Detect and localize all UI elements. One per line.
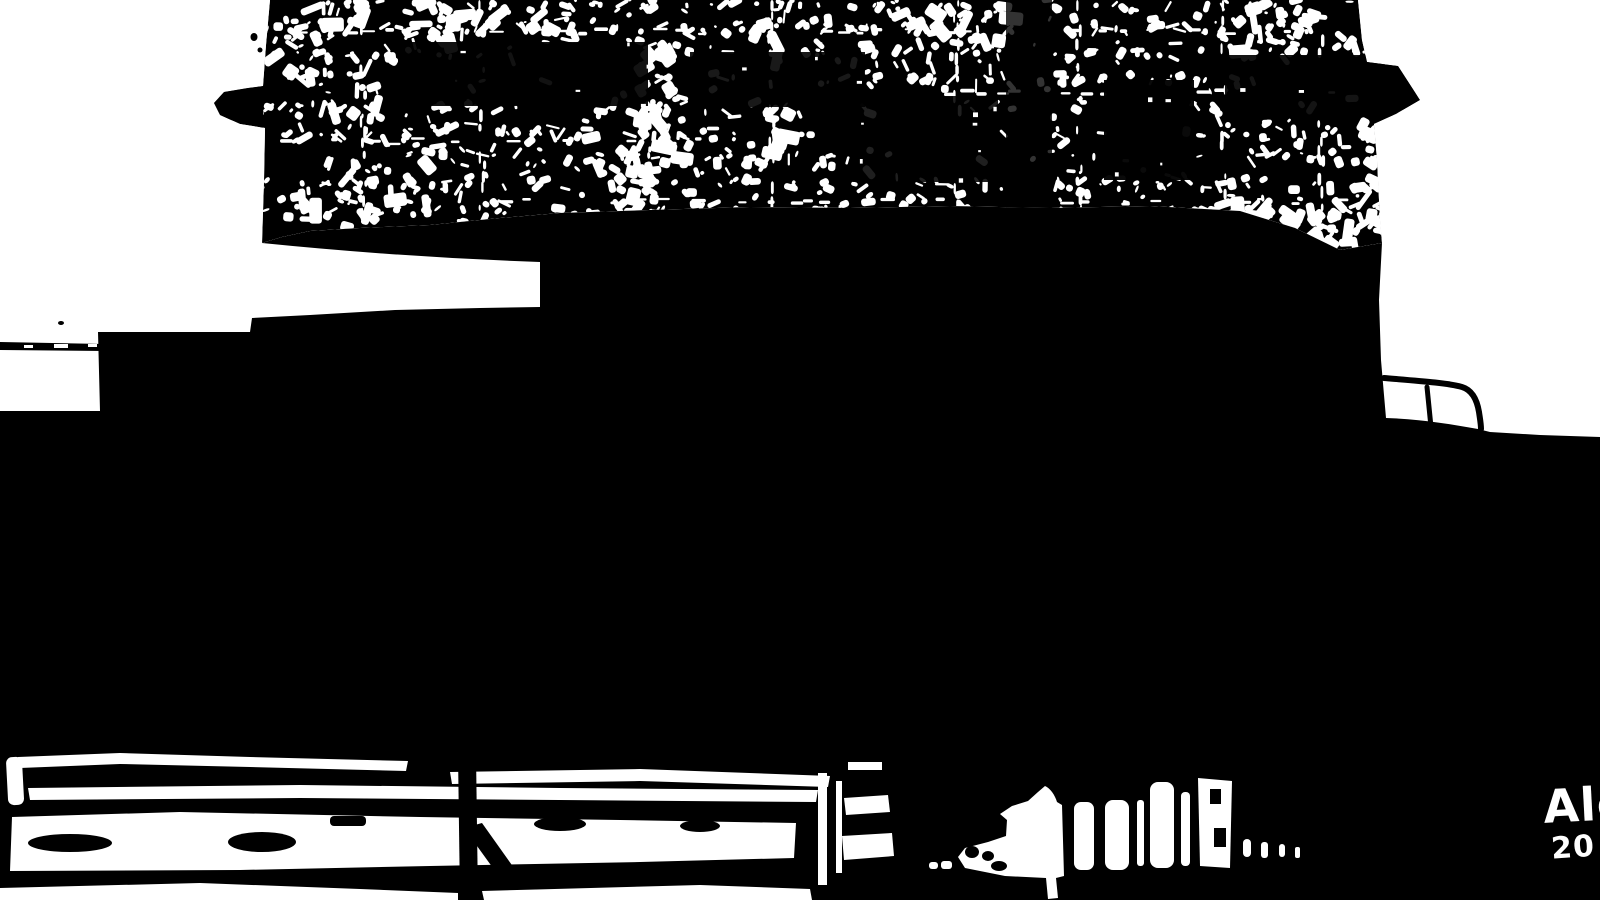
shed-hole: [982, 851, 994, 861]
plank-knot: [330, 816, 366, 826]
artist-signature-line2: 20: [1550, 829, 1596, 867]
plank-knot: [534, 817, 586, 831]
plank-patch: [844, 795, 890, 815]
fence-mark: [1243, 839, 1251, 857]
plank-knot: [28, 834, 112, 852]
fence-post: [1137, 800, 1144, 866]
fence-mark: [1279, 844, 1285, 857]
shed-hole: [965, 846, 979, 858]
fence-post-hole: [1210, 789, 1221, 804]
fence-post: [1181, 792, 1190, 866]
shadow-band-left: [398, 42, 648, 106]
fence-post: [1074, 802, 1094, 870]
plank-knot: [228, 832, 296, 852]
plank-patch: [848, 762, 882, 770]
shed-hole: [991, 861, 1007, 871]
plank-vertical-gap: [836, 781, 842, 873]
window-opening: [1104, 80, 1194, 180]
shadow-band-right: [1225, 55, 1385, 115]
artist-signature: Ale 20: [1542, 775, 1600, 866]
ink-fleck: [58, 321, 64, 325]
ink-print-artwork: Ale 20: [0, 0, 1600, 900]
ink-fleck: [251, 33, 258, 41]
fence-post-hole: [1214, 828, 1226, 847]
jetty-gap-speck: [54, 344, 68, 348]
plank-patch: [842, 833, 894, 860]
jetty-gap-speck: [24, 345, 33, 348]
shed-fleck: [941, 861, 952, 869]
jetty-gap-speck: [88, 344, 97, 347]
dark-patch: [853, 96, 998, 182]
fence-mark: [1261, 842, 1268, 858]
dark-seam-column: [1006, 0, 1052, 208]
fence-mark: [1295, 847, 1300, 858]
shadow-band-mid: [690, 52, 865, 107]
artwork-canvas: Ale 20: [0, 0, 1600, 900]
plank-knot: [680, 820, 720, 832]
shed-fleck: [929, 862, 938, 869]
fence-post: [1105, 800, 1129, 870]
artist-signature-line1: Ale: [1542, 775, 1600, 833]
ink-fleck: [258, 48, 263, 53]
fence-post: [1150, 782, 1174, 868]
plank-vertical-gap: [818, 773, 827, 885]
